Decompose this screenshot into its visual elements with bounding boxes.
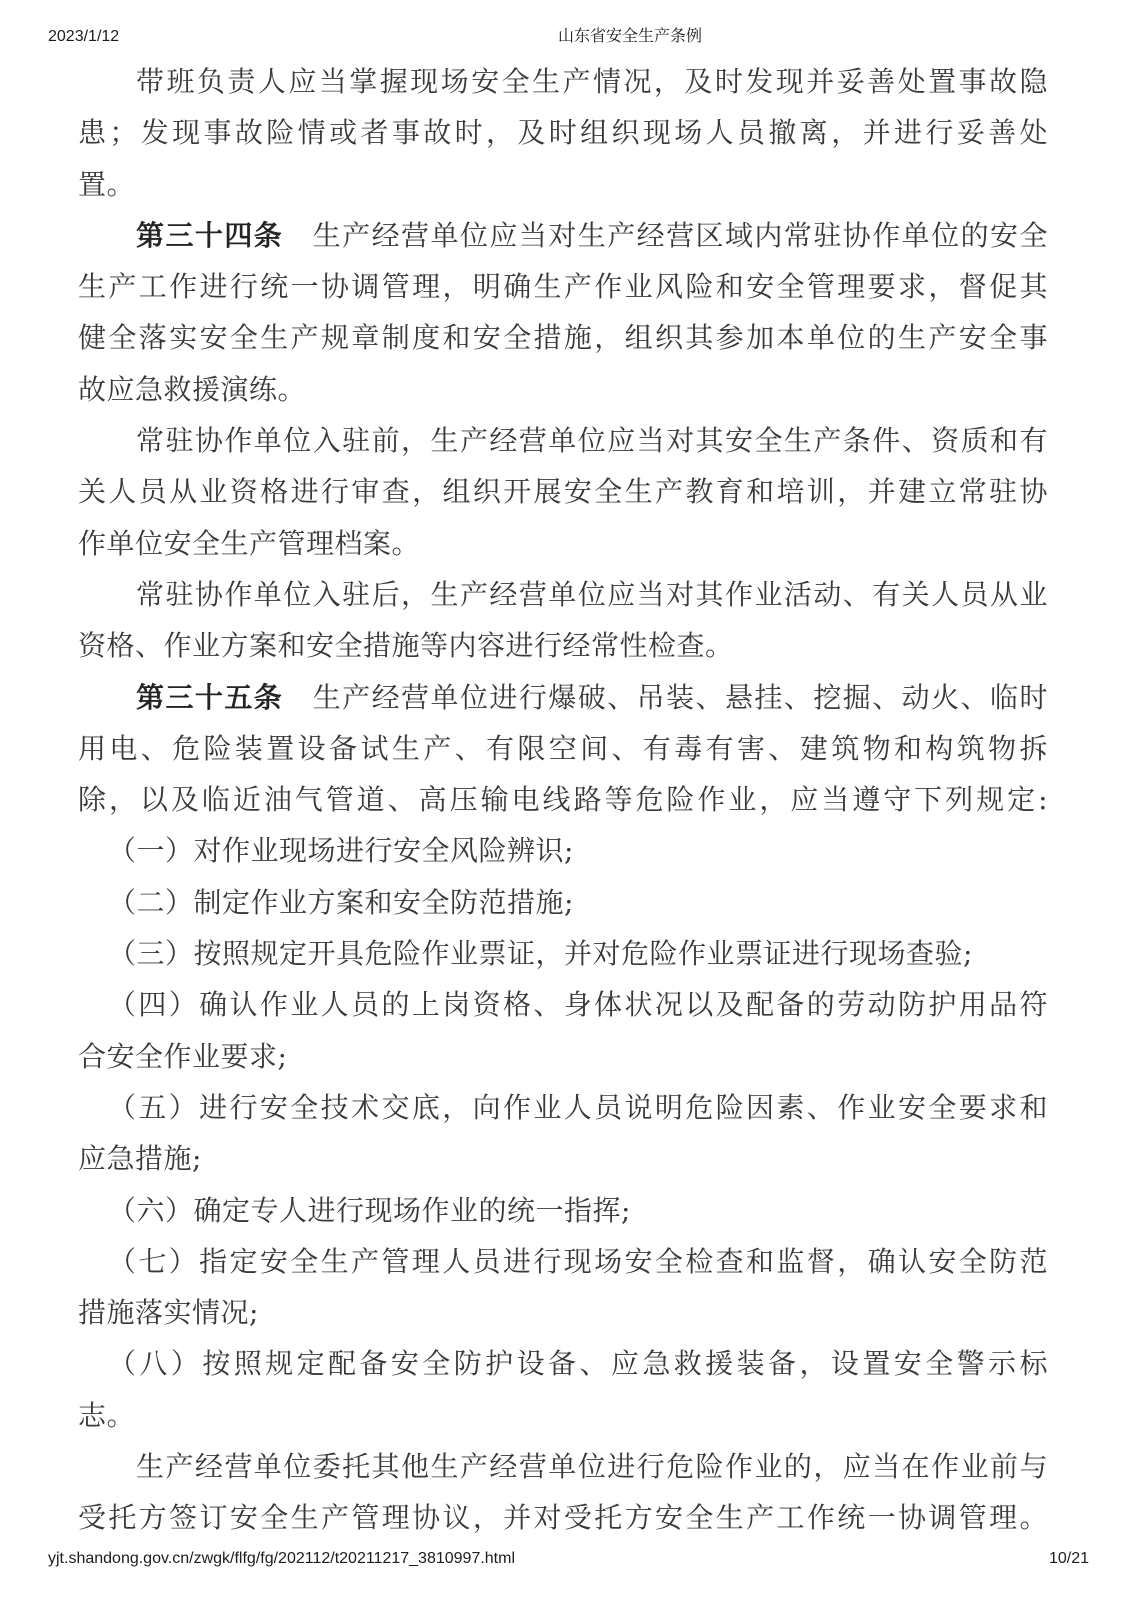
paragraph: 常驻协作单位入驻前，生产经营单位应当对其安全生产条件、资质和有关人员从业资格进行… [78, 415, 1048, 569]
header-date: 2023/1/12 [48, 26, 119, 48]
text-line: 常驻协作单位入驻后，生产经营单位应当对其作业活动、有关人员从业 [78, 569, 1048, 620]
paragraph: （五）进行安全技术交底，向作业人员说明危险因素、作业安全要求和应急措施; [78, 1082, 1048, 1185]
text-line: 措施落实情况; [78, 1287, 1048, 1338]
article-number: 第三十五条 [136, 681, 283, 714]
text-line: 第三十五条 生产经营单位进行爆破、吊装、悬挂、挖掘、动火、临时 [78, 672, 1048, 723]
paragraph: 常驻协作单位入驻后，生产经营单位应当对其作业活动、有关人员从业资格、作业方案和安… [78, 569, 1048, 672]
page-body: 带班负责人应当掌握现场安全生产情况，及时发现并妥善处置事故隐患；发现事故险情或者… [78, 56, 1048, 1544]
paragraph: （六）确定专人进行现场作业的统一指挥; [78, 1185, 1048, 1236]
paragraph: （七）指定安全生产管理人员进行现场安全检查和监督，确认安全防范措施落实情况; [78, 1236, 1048, 1339]
paragraph: （一）对作业现场进行安全风险辨识; [78, 825, 1048, 876]
paragraph: 带班负责人应当掌握现场安全生产情况，及时发现并妥善处置事故隐患；发现事故险情或者… [78, 56, 1048, 210]
text-line: 志。 [78, 1390, 1048, 1441]
paragraph: （二）制定作业方案和安全防范措施; [78, 877, 1048, 928]
text-line: 第三十四条 生产经营单位应当对生产经营区域内常驻协作单位的安全 [78, 210, 1048, 261]
text-line: 生产经营单位委托其他生产经营单位进行危险作业的，应当在作业前与 [78, 1441, 1048, 1492]
text-line: 置。 [78, 159, 1048, 210]
text-line: 作单位安全生产管理档案。 [78, 518, 1048, 569]
text-line: 生产工作进行统一协调管理，明确生产作业风险和安全管理要求，督促其 [78, 261, 1048, 312]
text-line: （一）对作业现场进行安全风险辨识; [78, 825, 1048, 876]
document-title: 山东省安全生产条例 [558, 26, 702, 48]
text-line: 应急措施; [78, 1133, 1048, 1184]
text-line: 用电、危险装置设备试生产、有限空间、有毒有害、建筑物和构筑物拆 [78, 723, 1048, 774]
print-header: 2023/1/12 山东省安全生产条例 [48, 26, 1089, 48]
document-page: 2023/1/12 山东省安全生产条例 带班负责人应当掌握现场安全生产情况，及时… [0, 0, 1131, 1600]
text-line: 关人员从业资格进行审查，组织开展安全生产教育和培训，并建立常驻协 [78, 466, 1048, 517]
footer-url: yjt.shandong.gov.cn/zwgk/flfg/fg/202112/… [48, 1548, 515, 1570]
text-line: 除，以及临近油气管道、高压输电线路等危险作业，应当遵守下列规定: [78, 774, 1048, 825]
text-line: 故应急救援演练。 [78, 364, 1048, 415]
paragraph: （三）按照规定开具危险作业票证，并对危险作业票证进行现场查验; [78, 928, 1048, 979]
text-line: 受托方签订安全生产管理协议，并对受托方安全生产工作统一协调管理。 [78, 1492, 1048, 1543]
paragraph: （八）按照规定配备安全防护设备、应急救援装备，设置安全警示标志。 [78, 1338, 1048, 1441]
text-line: （五）进行安全技术交底，向作业人员说明危险因素、作业安全要求和 [78, 1082, 1048, 1133]
text-line: （六）确定专人进行现场作业的统一指挥; [78, 1185, 1048, 1236]
text-line: 合安全作业要求; [78, 1031, 1048, 1082]
text-line: （四）确认作业人员的上岗资格、身体状况以及配备的劳动防护用品符 [78, 979, 1048, 1030]
text-line: （七）指定安全生产管理人员进行现场安全检查和监督，确认安全防范 [78, 1236, 1048, 1287]
text-line: 健全落实安全生产规章制度和安全措施，组织其参加本单位的生产安全事 [78, 312, 1048, 363]
text-line: （八）按照规定配备安全防护设备、应急救援装备，设置安全警示标 [78, 1338, 1048, 1389]
paragraph: 第三十四条 生产经营单位应当对生产经营区域内常驻协作单位的安全生产工作进行统一协… [78, 210, 1048, 415]
text-line: （二）制定作业方案和安全防范措施; [78, 877, 1048, 928]
paragraph: 生产经营单位委托其他生产经营单位进行危险作业的，应当在作业前与受托方签订安全生产… [78, 1441, 1048, 1544]
text-line: 常驻协作单位入驻前，生产经营单位应当对其安全生产条件、资质和有 [78, 415, 1048, 466]
print-footer: yjt.shandong.gov.cn/zwgk/flfg/fg/202112/… [48, 1548, 1089, 1570]
text-line: 资格、作业方案和安全措施等内容进行经常性检查。 [78, 620, 1048, 671]
text-line: （三）按照规定开具危险作业票证，并对危险作业票证进行现场查验; [78, 928, 1048, 979]
paragraph: 第三十五条 生产经营单位进行爆破、吊装、悬挂、挖掘、动火、临时用电、危险装置设备… [78, 672, 1048, 826]
article-number: 第三十四条 [136, 219, 283, 252]
text-line: 带班负责人应当掌握现场安全生产情况，及时发现并妥善处置事故隐 [78, 56, 1048, 107]
text-line: 患；发现事故险情或者事故时，及时组织现场人员撤离，并进行妥善处 [78, 107, 1048, 158]
paragraph: （四）确认作业人员的上岗资格、身体状况以及配备的劳动防护用品符合安全作业要求; [78, 979, 1048, 1082]
page-number: 10/21 [1049, 1548, 1089, 1570]
